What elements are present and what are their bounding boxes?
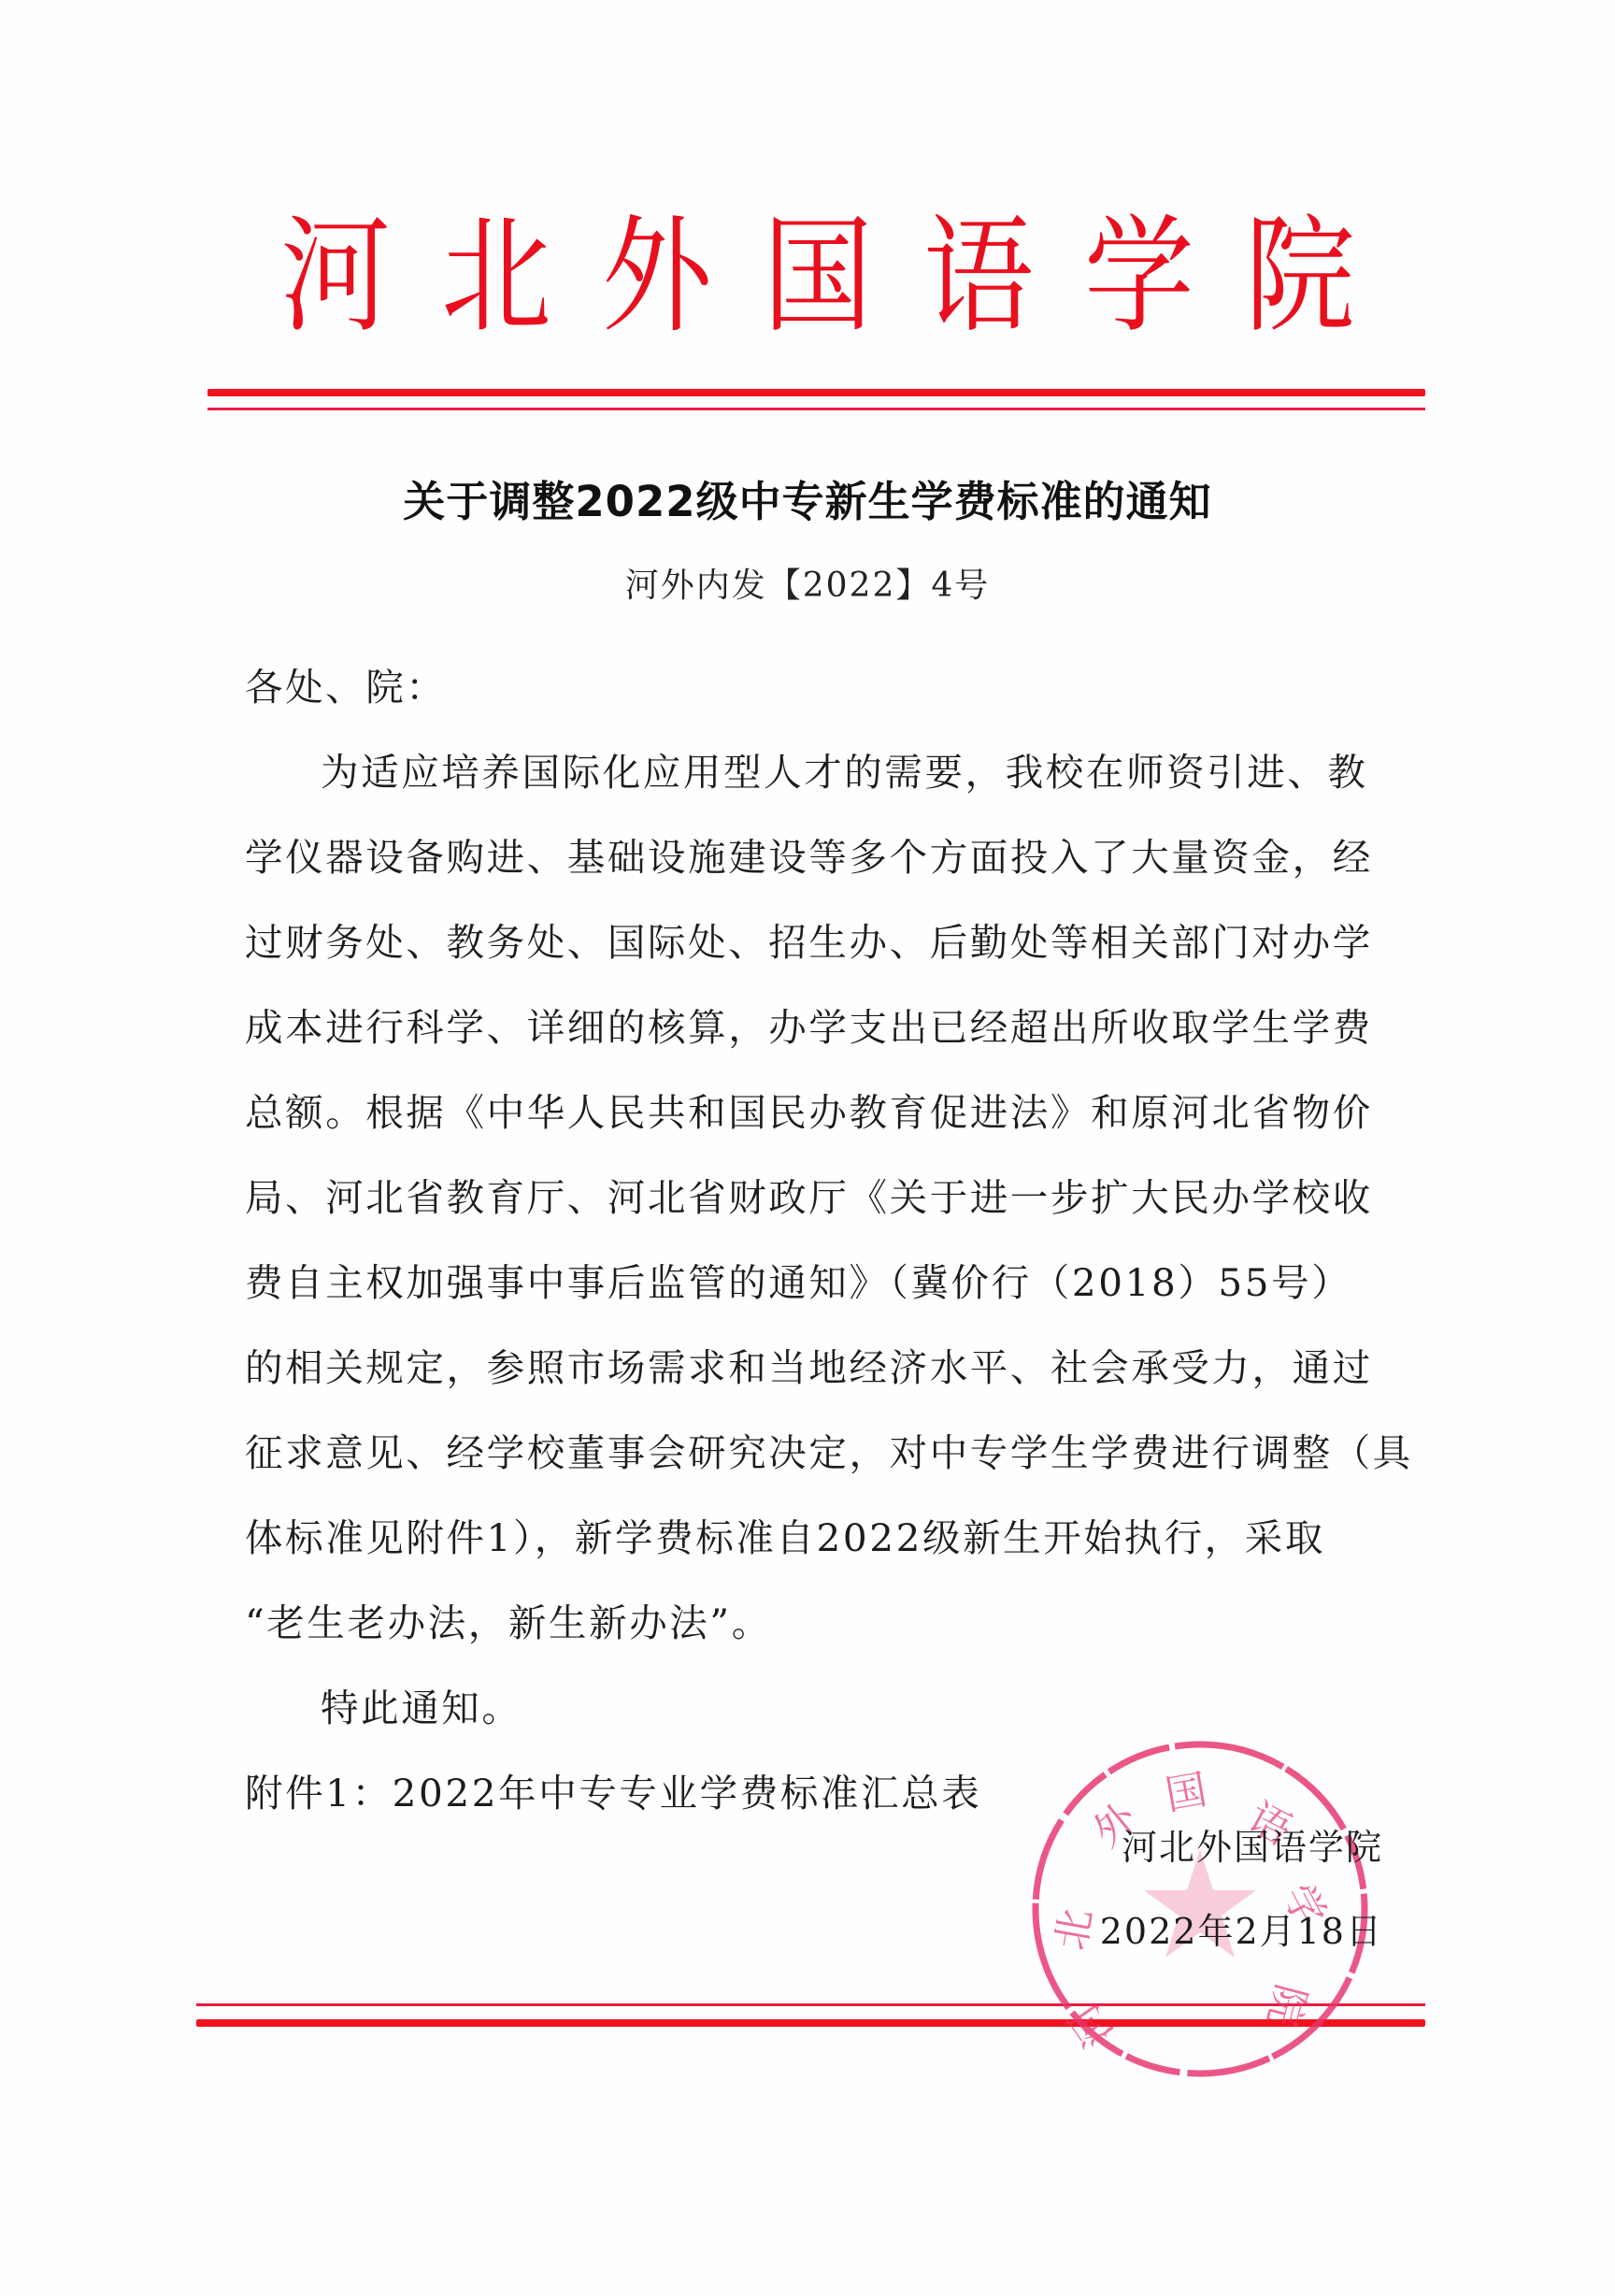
masthead-char: 国 bbox=[763, 212, 873, 339]
salutation: 各处、院： bbox=[245, 645, 1380, 730]
masthead-char: 河 bbox=[280, 212, 391, 339]
header-rule-thick bbox=[207, 389, 1425, 396]
body-line: 体标准见附件1），新学费标准自2022级新生开始执行，采取 bbox=[245, 1496, 1380, 1581]
masthead-char: 学 bbox=[1084, 212, 1194, 339]
document-body: 各处、院： 为适应培养国际化应用型人才的需要，我校在师资引进、教 学仪器设备购进… bbox=[245, 645, 1380, 1836]
document-number: 河外内发【2022】4号 bbox=[0, 559, 1615, 607]
paragraph-main: 为适应培养国际化应用型人才的需要，我校在师资引进、教 学仪器设备购进、基础设施建… bbox=[245, 730, 1380, 1666]
body-line: “老生老办法，新生新办法”。 bbox=[245, 1581, 1380, 1666]
masthead-institution-name: 河 北 外 国 语 学 院 bbox=[280, 206, 1355, 346]
body-line: 总额。根据《中华人民共和国民办教育促进法》和原河北省物价 bbox=[245, 1070, 1380, 1155]
body-line: 征求意见、经学校董事会研究决定，对中专学生学费进行调整（具 bbox=[245, 1411, 1380, 1496]
body-line: 学仪器设备购进、基础设施建设等多个方面投入了大量资金，经 bbox=[245, 815, 1380, 900]
body-line: 成本进行科学、详细的核算，办学支出已经超出所收取学生学费 bbox=[245, 985, 1380, 1070]
signature-date: 2022年2月18日 bbox=[1100, 1902, 1383, 1954]
masthead-char: 语 bbox=[923, 212, 1034, 339]
document-title: 关于调整2022级中专新生学费标准的通知 bbox=[0, 467, 1615, 528]
body-line: 为适应培养国际化应用型人才的需要，我校在师资引进、教 bbox=[245, 730, 1380, 815]
body-line: 局、河北省教育厅、河北省财政厅《关于进一步扩大民办学校收 bbox=[245, 1155, 1380, 1241]
masthead-char: 外 bbox=[602, 212, 712, 339]
signature-organization: 河北外国语学院 bbox=[1122, 1818, 1383, 1870]
body-line: 费自主权加强事中事后监管的通知》（冀价行（2018）55号） bbox=[245, 1241, 1380, 1326]
masthead-char: 院 bbox=[1245, 212, 1355, 339]
svg-text:院: 院 bbox=[1258, 1979, 1315, 2031]
body-line: 的相关规定，参照市场需求和当地经济水平、社会承受力，通过 bbox=[245, 1326, 1380, 1411]
document-page: 河 北 外 国 语 学 院 关于调整2022级中专新生学费标准的通知 河外内发【… bbox=[0, 0, 1615, 2296]
body-line: 过财务处、教务处、国际处、招生办、后勤处等相关部门对办学 bbox=[245, 900, 1380, 985]
masthead-char: 北 bbox=[441, 212, 551, 339]
header-rule-thin bbox=[207, 408, 1425, 410]
svg-text:北: 北 bbox=[1048, 1905, 1102, 1954]
svg-text:国: 国 bbox=[1162, 1766, 1210, 1820]
